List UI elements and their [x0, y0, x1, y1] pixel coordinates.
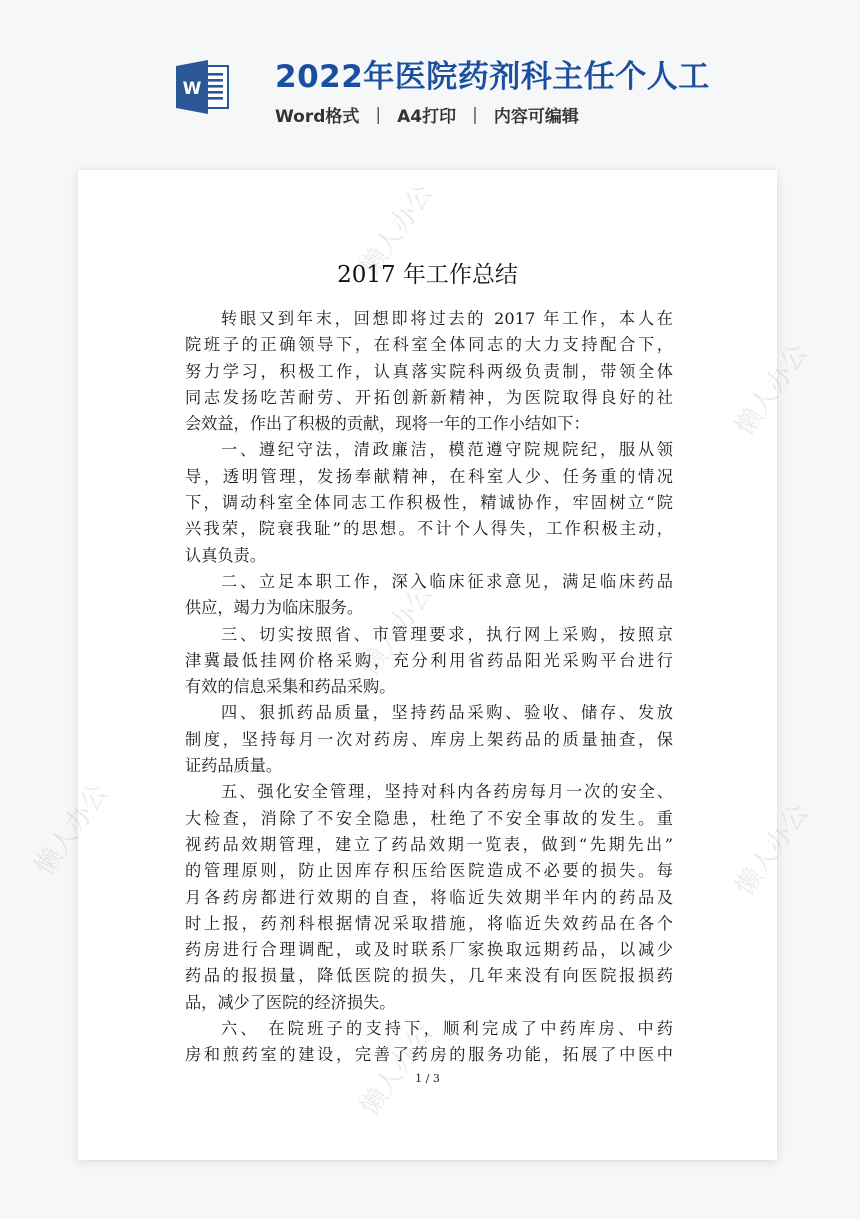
text-line: 五、强化安全管理，坚持对科内各药房每月一次的安全、	[185, 779, 673, 805]
meta-editable: 内容可编辑	[494, 102, 579, 127]
text-line: 院班子的正确领导下，在科室全体同志的大力支持配合下，	[185, 332, 673, 358]
text-line: 津冀最低挂网价格采购，充分利用省药品阳光采购平台进行	[185, 648, 673, 674]
text-line: 房和煎药室的建设，完善了药房的服务功能，拓展了中医中	[185, 1042, 673, 1068]
text-line: 证药品质量。	[185, 753, 673, 779]
svg-text:W: W	[183, 79, 202, 99]
page-indicator: 1 / 3	[78, 1072, 777, 1085]
text-line: 二、立足本职工作，深入临床征求意见，满足临床药品	[185, 569, 673, 595]
text-line: 药品的报损量，降低医院的损失，几年来没有向医院报损药	[185, 963, 673, 989]
text-line: 月各药房都进行效期的自查，将临近失效期半年内的药品及	[185, 885, 673, 911]
document-page[interactable]: 懒人办公 懒人办公 懒人办公 懒人办公 懒人办公 懒人办公 2017 年工作总结…	[78, 170, 777, 1160]
text-line: 视药品效期管理，建立了药品效期一览表，做到“先期先出”	[185, 832, 673, 858]
document-title: 2022年医院药剂科主任个人工	[275, 51, 710, 96]
document-body: 转眼又到年末，回想即将过去的 2017 年工作，本人在院班子的正确领导下，在科室…	[185, 306, 673, 1069]
text-line: 的管理原则，防止因库存积压给医院造成不必要的损失。每	[185, 858, 673, 884]
text-line: 同志发扬吃苦耐劳、开拓创新新精神，为医院取得良好的社	[185, 385, 673, 411]
text-line: 兴我荣，院衰我耻”的思想。不计个人得失，工作积极主动，	[185, 516, 673, 542]
document-meta: Word格式 | A4打印 | 内容可编辑	[275, 102, 579, 127]
text-line: 品，减少了医院的经济损失。	[185, 990, 673, 1016]
text-line: 一、遵纪守法，清政廉洁，模范遵守院规院纪，服从领	[185, 437, 673, 463]
text-line: 努力学习，积极工作，认真落实院科两级负责制，带领全体	[185, 359, 673, 385]
page-title: 2017 年工作总结	[78, 256, 777, 289]
text-line: 制度，坚持每月一次对药房、库房上架药品的质量抽查，保	[185, 727, 673, 753]
text-line: 下，调动科室全体同志工作积极性，精诚协作，牢固树立“院	[185, 490, 673, 516]
watermark: 懒人办公	[725, 795, 815, 901]
word-document-icon: W	[175, 60, 231, 114]
meta-print: A4打印	[397, 102, 456, 127]
text-line: 大检查，消除了不安全隐患，杜绝了不安全事故的发生。重	[185, 806, 673, 832]
text-line: 有效的信息采集和药品采购。	[185, 674, 673, 700]
document-header: W 2022年医院药剂科主任个人工 Word格式 | A4打印 | 内容可编辑	[0, 0, 860, 160]
text-line: 三、切实按照省、市管理要求，执行网上采购，按照京	[185, 622, 673, 648]
text-line: 认真负责。	[185, 543, 673, 569]
text-line: 导，透明管理，发扬奉献精神，在科室人少、任务重的情况	[185, 464, 673, 490]
text-line: 药房进行合理调配，或及时联系厂家换取远期药品，以减少	[185, 937, 673, 963]
text-line: 供应，竭力为临床服务。	[185, 595, 673, 621]
text-line: 会效益，作出了积极的贡献，现将一年的工作小结如下：	[185, 411, 673, 437]
text-line: 六、 在院班子的支持下，顺利完成了中药库房、中药	[185, 1016, 673, 1042]
watermark: 懒人办公	[725, 335, 815, 441]
watermark: 懒人办公	[25, 775, 115, 881]
text-line: 时上报，药剂科根据情况采取措施，将临近失效药品在各个	[185, 911, 673, 937]
text-line: 四、狠抓药品质量，坚持药品采购、验收、储存、发放	[185, 700, 673, 726]
meta-format: Word格式	[275, 102, 359, 127]
meta-separator: |	[375, 105, 381, 125]
meta-separator: |	[472, 105, 478, 125]
text-line: 转眼又到年末，回想即将过去的 2017 年工作，本人在	[185, 306, 673, 332]
